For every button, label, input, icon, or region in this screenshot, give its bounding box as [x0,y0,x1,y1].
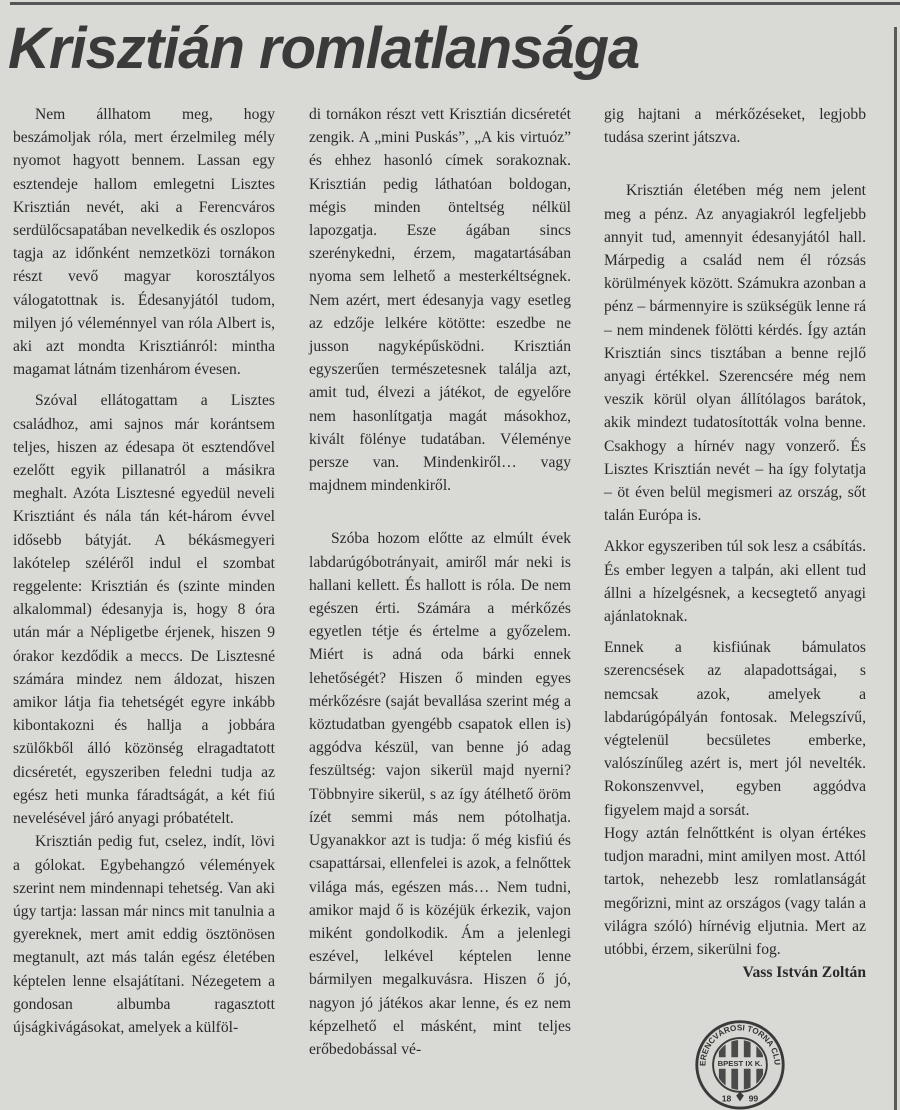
paragraph: Krisztián pedig fut, cselez, indít, lövi… [13,830,275,1039]
svg-text:BPEST IX K.: BPEST IX K. [718,1059,763,1068]
paragraph: Akkor egyszeriben túl sok lesz a csábítá… [604,535,866,628]
paragraph: Szóba hozom előtte az elmúlt évek labdar… [309,527,571,1061]
paragraph: Ennek a kisfiúnak bámulatos szerencsések… [604,636,866,822]
paragraph: gig hajtani a mérkőzéseket, legjobb tudá… [604,103,866,149]
paragraph: Hogy aztán felnőttként is olyan értékes … [604,822,866,961]
top-rule [10,2,900,5]
right-column-rule [894,27,897,1110]
paragraph: Szóval ellátogattam a Lisztes családhoz,… [13,389,275,830]
svg-text:18: 18 [722,1093,732,1103]
article-column-1: Nem állhatom meg, hogy beszámoljak róla,… [13,103,275,1039]
paragraph: Nem állhatom meg, hogy beszámoljak róla,… [13,103,275,381]
article-column-2: di tornákon részt vett Krisztián dicsére… [309,103,571,1061]
paragraph: di tornákon részt vett Krisztián dicsére… [309,103,571,497]
author-byline: Vass István Zoltán [604,961,866,984]
paragraph: Krisztián életében még nem jelent meg a … [604,179,866,527]
article-column-3: gig hajtani a mérkőzéseket, legjobb tudá… [604,103,866,984]
svg-text:99: 99 [749,1093,759,1103]
ftc-club-crest-icon: FERENCVÁROSI TORNA CLUB BPEST IX K. 18 9… [692,1015,788,1110]
article-headline: Krisztián romlatlansága [8,14,639,84]
